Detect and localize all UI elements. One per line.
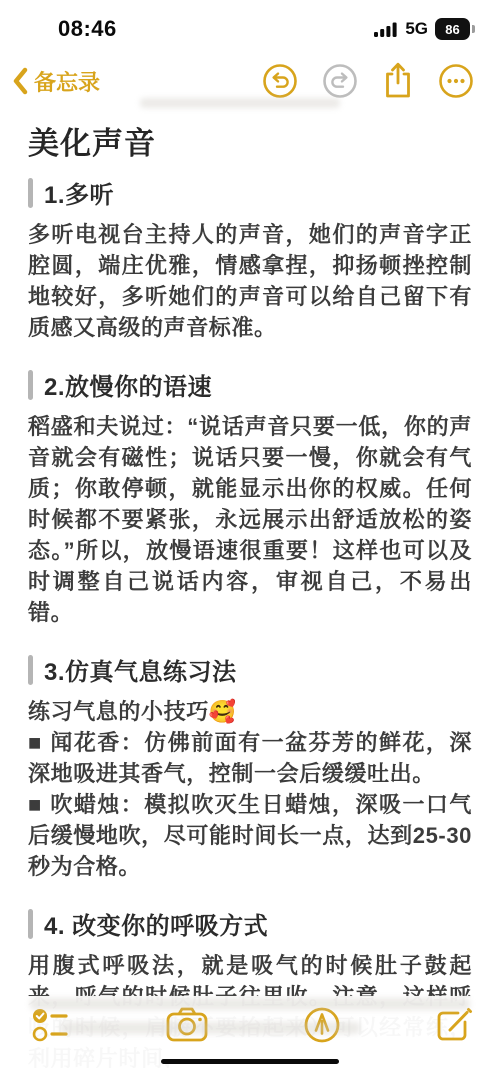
note-sections: 1.多听 多听电视台主持人的声音，她们的声音字正腔圆，端庄优雅，情感拿捏，抑扬顿… [28, 175, 472, 1068]
note-paragraph: 稻盛和夫说过：“说话声音只要一低，你的声音就会有磁性；说话只要一慢，你就会有气质… [28, 411, 472, 628]
battery-icon: 86 [435, 18, 470, 40]
back-button-label: 备忘录 [34, 66, 100, 97]
home-indicator[interactable] [161, 1059, 339, 1064]
note-section: 3.仿真气息练习法 练习气息的小技巧🥰■ 闻花香：仿佛前面有一盆芬芳的鲜花，深深… [28, 652, 472, 882]
section-heading: 3.仿真气息练习法 [44, 652, 237, 687]
network-type-label: 5G [405, 19, 428, 39]
section-marker-bar [28, 655, 33, 685]
note-paragraph: 多听电视台主持人的声音，她们的声音字正腔圆，端庄优雅，情感拿捏，抑扬顿挫控制地较… [28, 219, 472, 343]
battery-percent: 86 [445, 22, 459, 37]
note-editor[interactable]: 美化声音 1.多听 多听电视台主持人的声音，她们的声音字正腔圆，端庄优雅，情感拿… [0, 110, 500, 1068]
section-marker-bar [28, 370, 33, 400]
redo-icon [322, 63, 358, 99]
section-header: 2.放慢你的语速 [28, 367, 472, 402]
note-section: 1.多听 多听电视台主持人的声音，她们的声音字正腔圆，端庄优雅，情感拿捏，抑扬顿… [28, 175, 472, 343]
note-paragraph: ■ 吹蜡烛：模拟吹灭生日蜡烛，深吸一口气后缓慢地吹，尽可能时间长一点，达到25-… [28, 789, 472, 882]
note-paragraph: 练习气息的小技巧🥰 [28, 696, 472, 727]
undo-icon[interactable] [262, 63, 298, 99]
section-heading: 2.放慢你的语速 [44, 367, 212, 402]
section-header: 4. 改变你的呼吸方式 [28, 906, 472, 941]
notes-app-screen: 08:46 5G 86 [0, 0, 500, 1068]
ellipsis-circle-icon[interactable] [438, 63, 474, 99]
section-heading: 1.多听 [44, 175, 114, 210]
nav-bar: 备忘录 [0, 52, 500, 110]
bottom-toolbar [0, 996, 500, 1068]
status-bar: 08:46 5G 86 [0, 0, 500, 52]
note-title: 美化声音 [28, 118, 472, 163]
blurred-underlay-text [60, 1022, 360, 1034]
note-section: 2.放慢你的语速 稻盛和夫说过：“说话声音只要一低，你的声音就会有磁性；说话只要… [28, 367, 472, 628]
section-marker-bar [28, 178, 33, 208]
chevron-left-icon [12, 67, 28, 95]
cellular-signal-icon [374, 22, 398, 37]
share-icon[interactable] [382, 61, 414, 101]
clock: 08:46 [58, 16, 117, 42]
back-button[interactable]: 备忘录 [12, 66, 100, 97]
section-header: 1.多听 [28, 175, 472, 210]
section-heading: 4. 改变你的呼吸方式 [44, 906, 268, 941]
compose-icon[interactable] [434, 1006, 474, 1046]
blurred-underlay-text [30, 998, 470, 1010]
blurred-underlay-text [140, 98, 340, 108]
section-header: 3.仿真气息练习法 [28, 652, 472, 687]
note-paragraph: ■ 闻花香：仿佛前面有一盆芬芳的鲜花，深深地吸进其香气，控制一会后缓缓吐出。 [28, 727, 472, 789]
section-marker-bar [28, 909, 33, 939]
